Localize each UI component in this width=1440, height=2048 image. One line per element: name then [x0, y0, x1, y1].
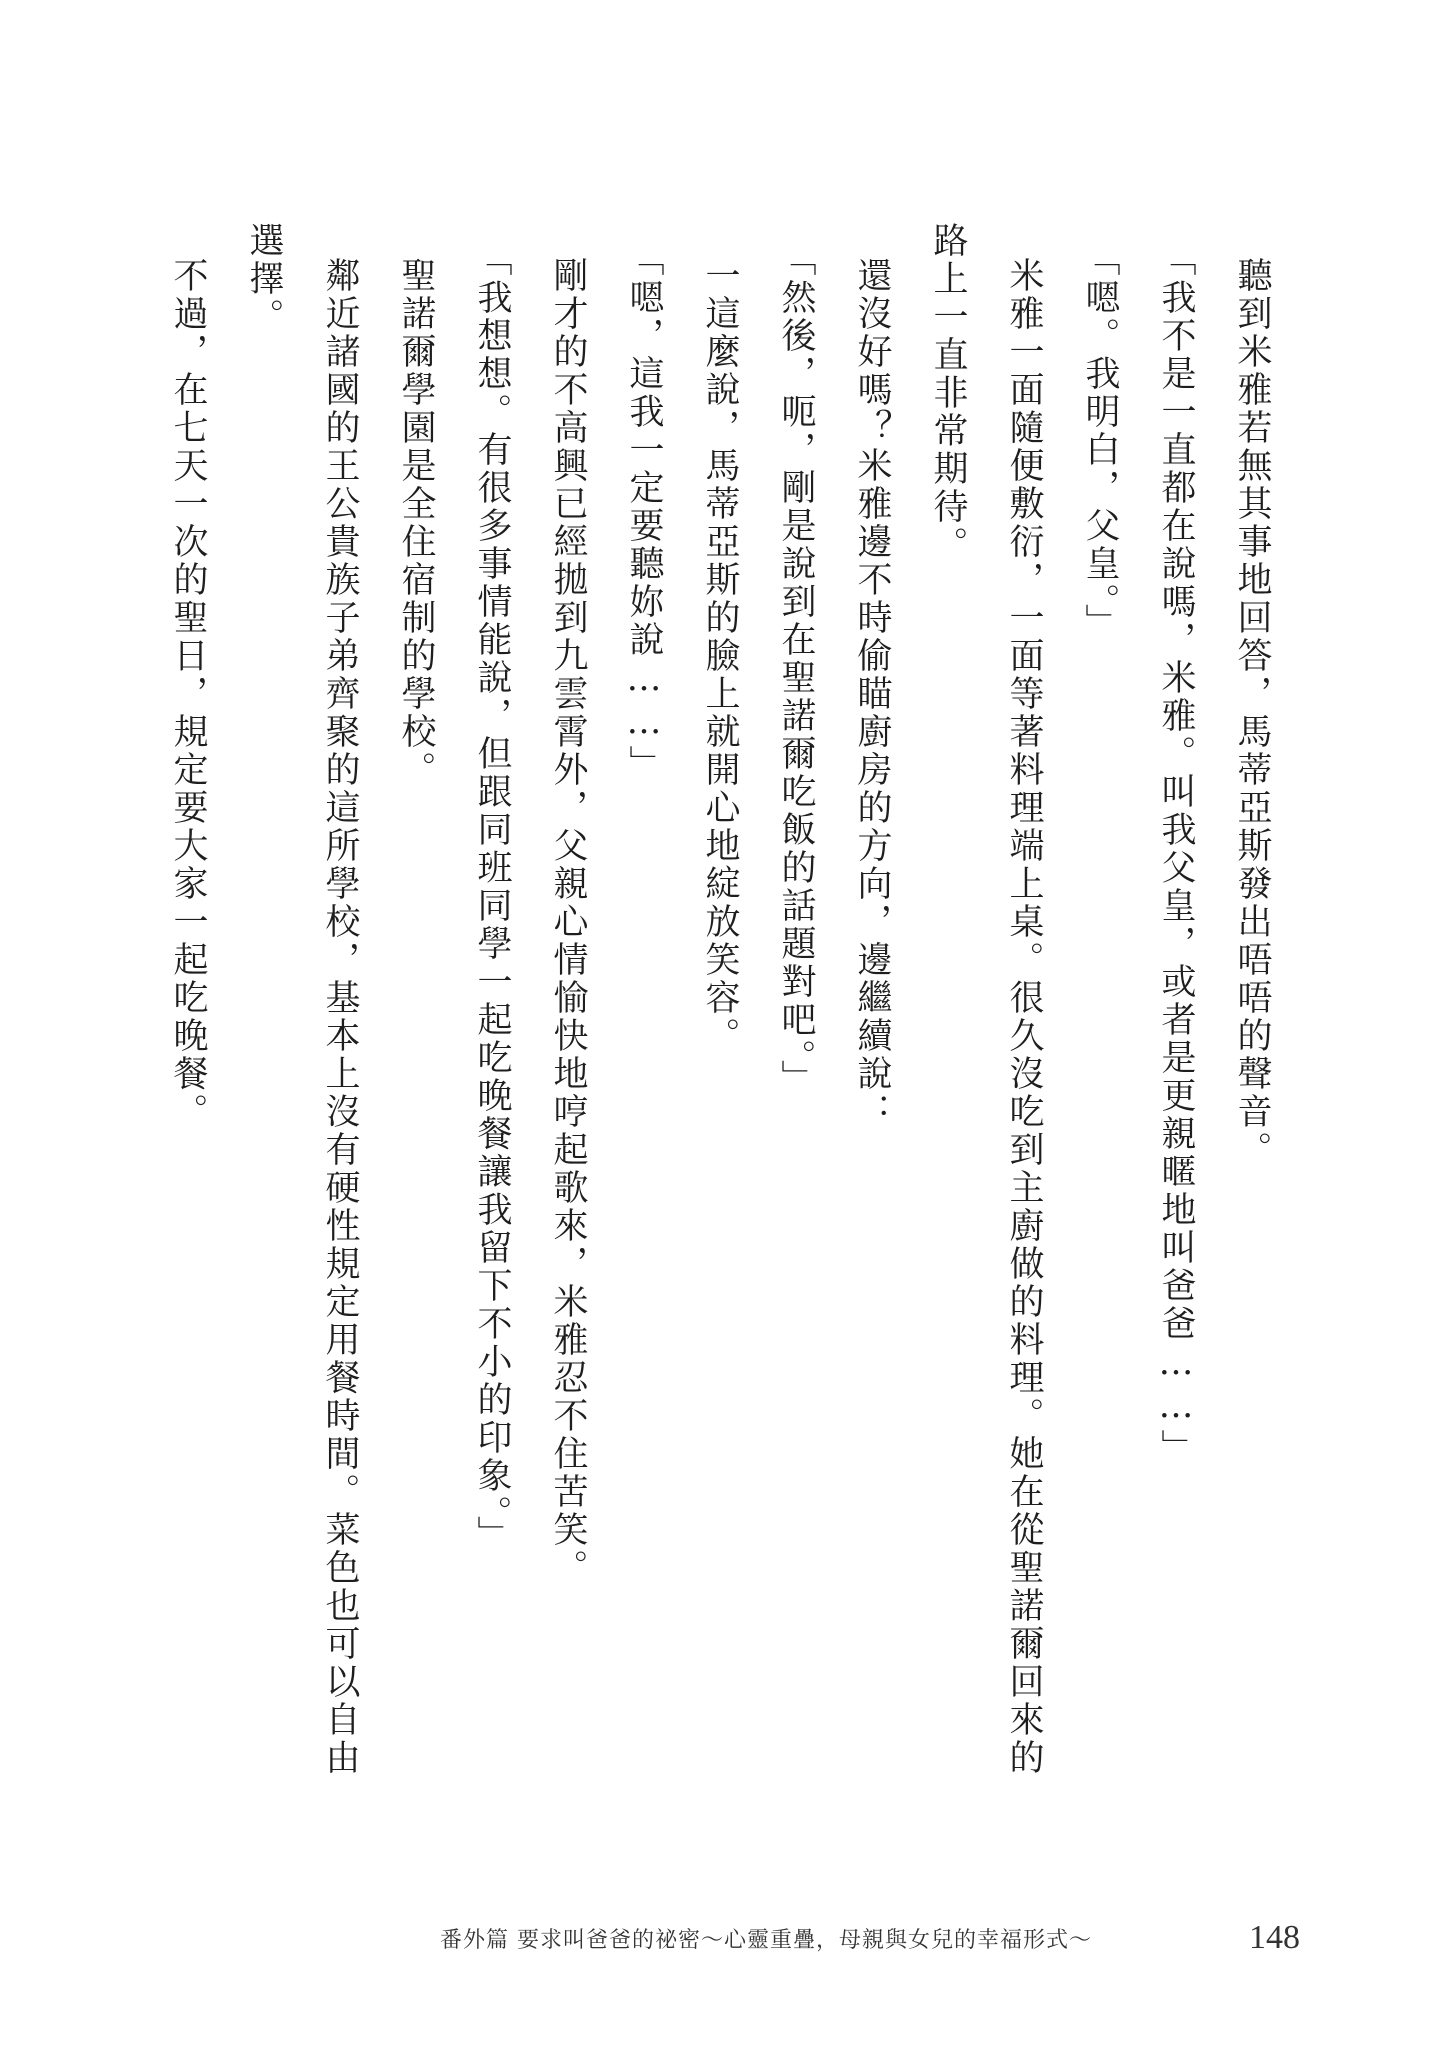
- paragraph-dialogue: 「我不是一直都在說嗎，米雅。叫我父皇，或者是更親暱地叫爸爸……」: [1138, 222, 1214, 1802]
- vertical-text-body: 聽到米雅若無其事地回答，馬蒂亞斯發出唔唔的聲音。 「我不是一直都在說嗎，米雅。叫…: [150, 222, 1290, 1802]
- paragraph-narration: 聖諾爾學園是全住宿制的學校。: [378, 222, 454, 1802]
- page-footer: 番外篇 要求叫爸爸的祕密～心靈重疊，母親與女兒的幸福形式～ 148: [440, 1918, 1300, 1958]
- paragraph-dialogue: 「嗯。我明白，父皇。」: [1062, 222, 1138, 1802]
- running-title: 番外篇 要求叫爸爸的祕密～心靈重疊，母親與女兒的幸福形式～: [440, 1923, 1092, 1954]
- paragraph-dialogue: 「然後，呃，剛是說到在聖諾爾吃飯的話題對吧。」: [758, 222, 834, 1802]
- book-page: 聽到米雅若無其事地回答，馬蒂亞斯發出唔唔的聲音。 「我不是一直都在說嗎，米雅。叫…: [0, 0, 1440, 2048]
- paragraph-narration: 鄰近諸國的王公貴族子弟齊聚的這所學校，基本上沒有硬性規定用餐時間。菜色也可以自由…: [226, 222, 378, 1802]
- paragraph-narration: 米雅一面隨便敷衍，一面等著料理端上桌。很久沒吃到主廚做的料理。她在從聖諾爾回來的…: [910, 222, 1062, 1802]
- paragraph-narration: 剛才的不高興已經拋到九雲霄外，父親心情愉快地哼起歌來，米雅忍不住苦笑。: [530, 222, 606, 1802]
- paragraph-dialogue: 「我想想。有很多事情能說，但跟同班同學一起吃晚餐讓我留下不小的印象。」: [454, 222, 530, 1802]
- paragraph-narration: 一這麼說，馬蒂亞斯的臉上就開心地綻放笑容。: [682, 222, 758, 1802]
- paragraph-narration: 聽到米雅若無其事地回答，馬蒂亞斯發出唔唔的聲音。: [1214, 222, 1290, 1802]
- paragraph-dialogue: 「嗯，這我一定要聽妳說……」: [606, 222, 682, 1802]
- paragraph-narration: 還沒好嗎？米雅邊不時偷瞄廚房的方向，邊繼續說：: [834, 222, 910, 1802]
- paragraph-narration: 不過，在七天一次的聖日，規定要大家一起吃晚餐。: [150, 222, 226, 1802]
- page-number: 148: [1249, 1919, 1300, 1957]
